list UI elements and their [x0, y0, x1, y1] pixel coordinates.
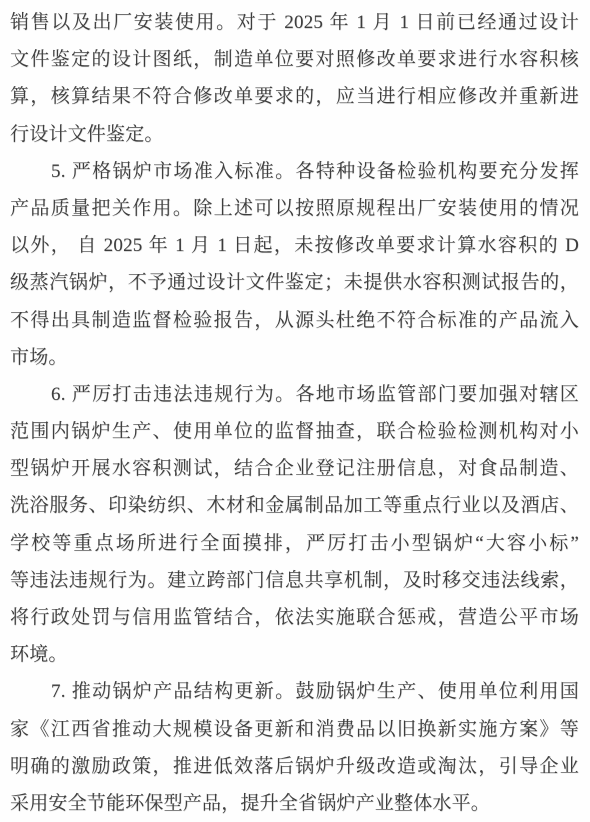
text-line: 级蒸汽锅炉，不予通过设计文件鉴定；未提供水容积测试报告的， [10, 264, 579, 301]
text-line: 学校等重点场所进行全面摸排，严厉打击小型锅炉“大容小标” [10, 525, 579, 562]
text-line: 采用安全节能环保型产品，提升全省锅炉产业整体水平。 [10, 785, 579, 822]
text-line: 以外， 自 2025 年 1 月 1 日起，未按修改单要求计算水容积的 D [10, 227, 579, 264]
text-line: 明确的激励政策，推进低效落后锅炉升级改造或淘汰，引导企业 [10, 748, 579, 785]
paragraph: 销售以及出厂安装使用。对于 2025 年 1 月 1 日前已经通过设计文件鉴定的… [10, 4, 579, 153]
document-page: 销售以及出厂安装使用。对于 2025 年 1 月 1 日前已经通过设计文件鉴定的… [0, 0, 590, 822]
text-line: 产品质量把关作用。除上述可以按照原规程出厂安装使用的情况 [10, 190, 579, 227]
text-line: 不得出具制造监督检验报告，从源头杜绝不符合标准的产品流入 [10, 302, 579, 339]
text-line: 环境。 [10, 636, 579, 673]
text-line: 6. 严厉打击违法违规行为。各地市场监管部门要加强对辖区 [10, 376, 579, 413]
text-line: 7. 推动锅炉产品结构更新。鼓励锅炉生产、使用单位利用国 [10, 673, 579, 710]
text-line: 家《江西省推动大规模设备更新和消费品以旧换新实施方案》等 [10, 711, 579, 748]
text-line: 等违法违规行为。建立跨部门信息共享机制，及时移交违法线索， [10, 562, 579, 599]
paragraph: 7. 推动锅炉产品结构更新。鼓励锅炉生产、使用单位利用国家《江西省推动大规模设备… [10, 673, 579, 822]
text-line: 范围内锅炉生产、使用单位的监督抽查，联合检验检测机构对小 [10, 413, 579, 450]
text-line: 型锅炉开展水容积测试，结合企业登记注册信息，对食品制造、 [10, 450, 579, 487]
text-line: 将行政处罚与信用监管结合，依法实施联合惩戒，营造公平市场 [10, 599, 579, 636]
text-line: 行设计文件鉴定。 [10, 116, 579, 153]
text-line: 销售以及出厂安装使用。对于 2025 年 1 月 1 日前已经通过设计 [10, 4, 579, 41]
text-line: 洗浴服务、印染纺织、木材和金属制品加工等重点行业以及酒店、 [10, 487, 579, 524]
paragraph: 6. 严厉打击违法违规行为。各地市场监管部门要加强对辖区范围内锅炉生产、使用单位… [10, 376, 579, 674]
text-line: 5. 严格锅炉市场准入标准。各特种设备检验机构要充分发挥 [10, 153, 579, 190]
text-line: 算，核算结果不符合修改单要求的，应当进行相应修改并重新进 [10, 78, 579, 115]
paragraph: 5. 严格锅炉市场准入标准。各特种设备检验机构要充分发挥产品质量把关作用。除上述… [10, 153, 579, 376]
text-line: 文件鉴定的设计图纸，制造单位要对照修改单要求进行水容积核 [10, 41, 579, 78]
text-line: 市场。 [10, 339, 579, 376]
